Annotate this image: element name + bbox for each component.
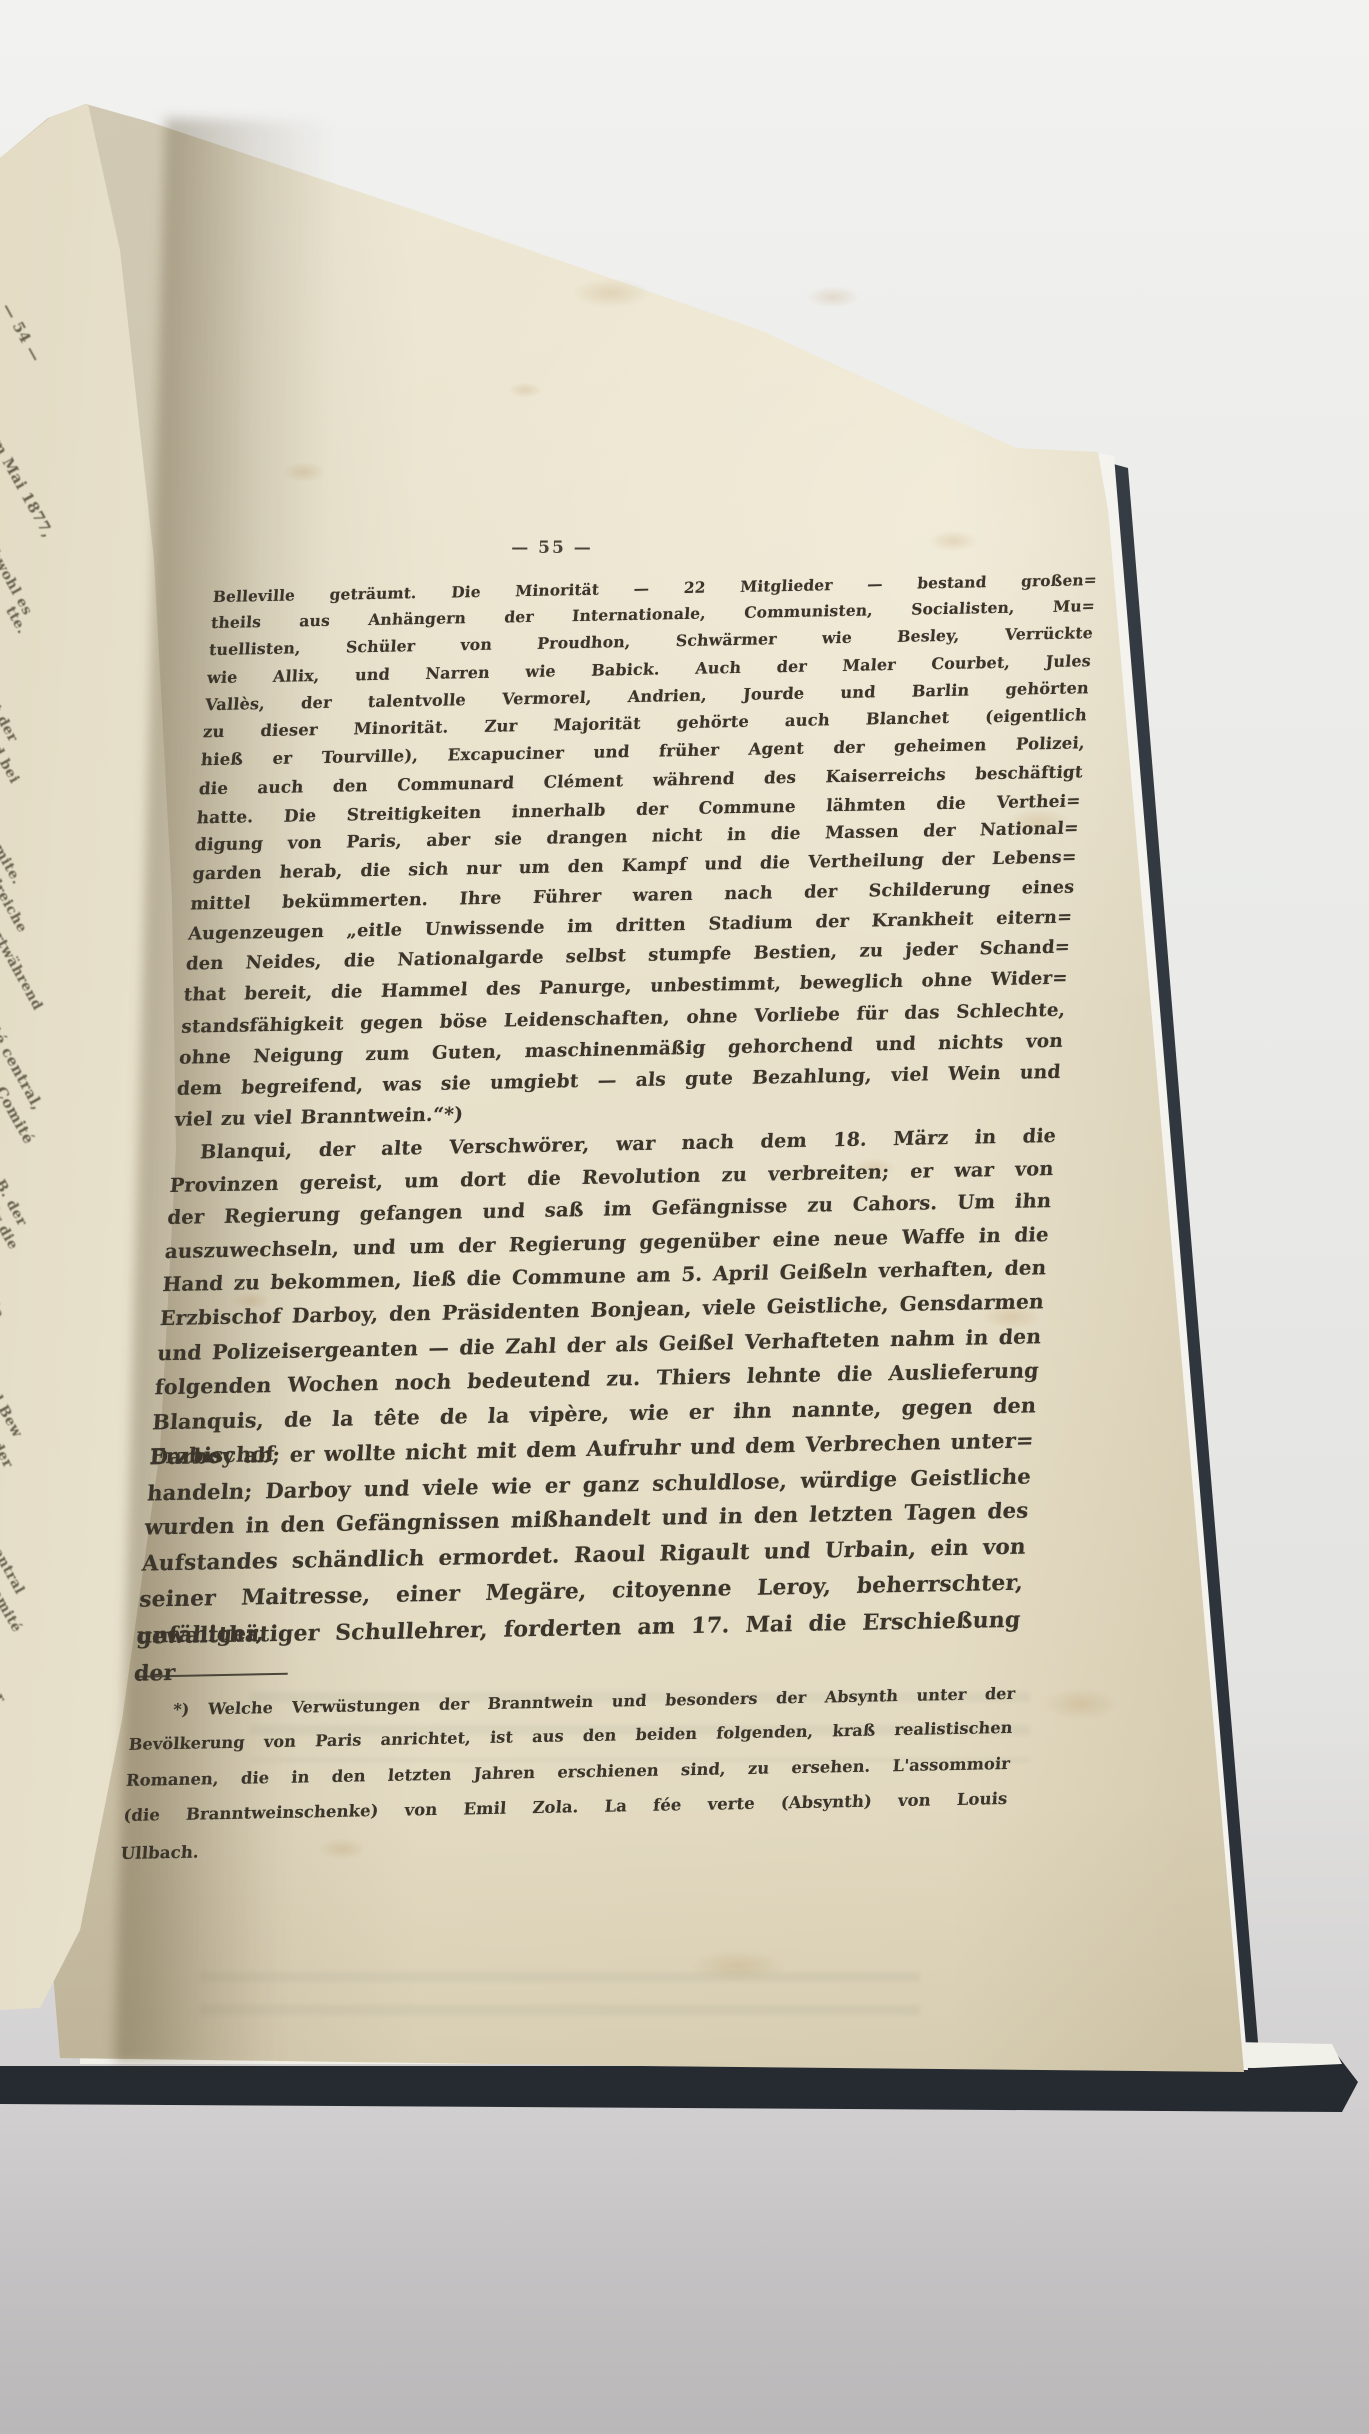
left-page-fragment: ts; die: [0, 1268, 7, 1321]
foxing-spot: [806, 286, 860, 308]
left-page-fragment: te, der: [0, 1650, 9, 1706]
left-page-fragment: sein Komite.: [0, 788, 25, 887]
left-page-fragment: mité central: [0, 1500, 28, 1597]
left-page-fragment: me und Bew: [0, 1344, 25, 1440]
left-page-fragment: vom Mai 1877,: [0, 418, 57, 541]
left-page-fragment: it, obwohl es: [0, 518, 35, 618]
page-55-text-block: Belleville geträumt. Die Minorität — 22 …: [119, 567, 1097, 1872]
left-page-fragment: tigkeit der: [0, 660, 21, 745]
photo-of-open-book: — 54 —vom Mai 1877,it, obwohl estte.tigk…: [0, 0, 1369, 2434]
page-number-55-header: — 55 —: [452, 538, 652, 558]
left-page-fragment: — 54 —: [0, 300, 45, 365]
